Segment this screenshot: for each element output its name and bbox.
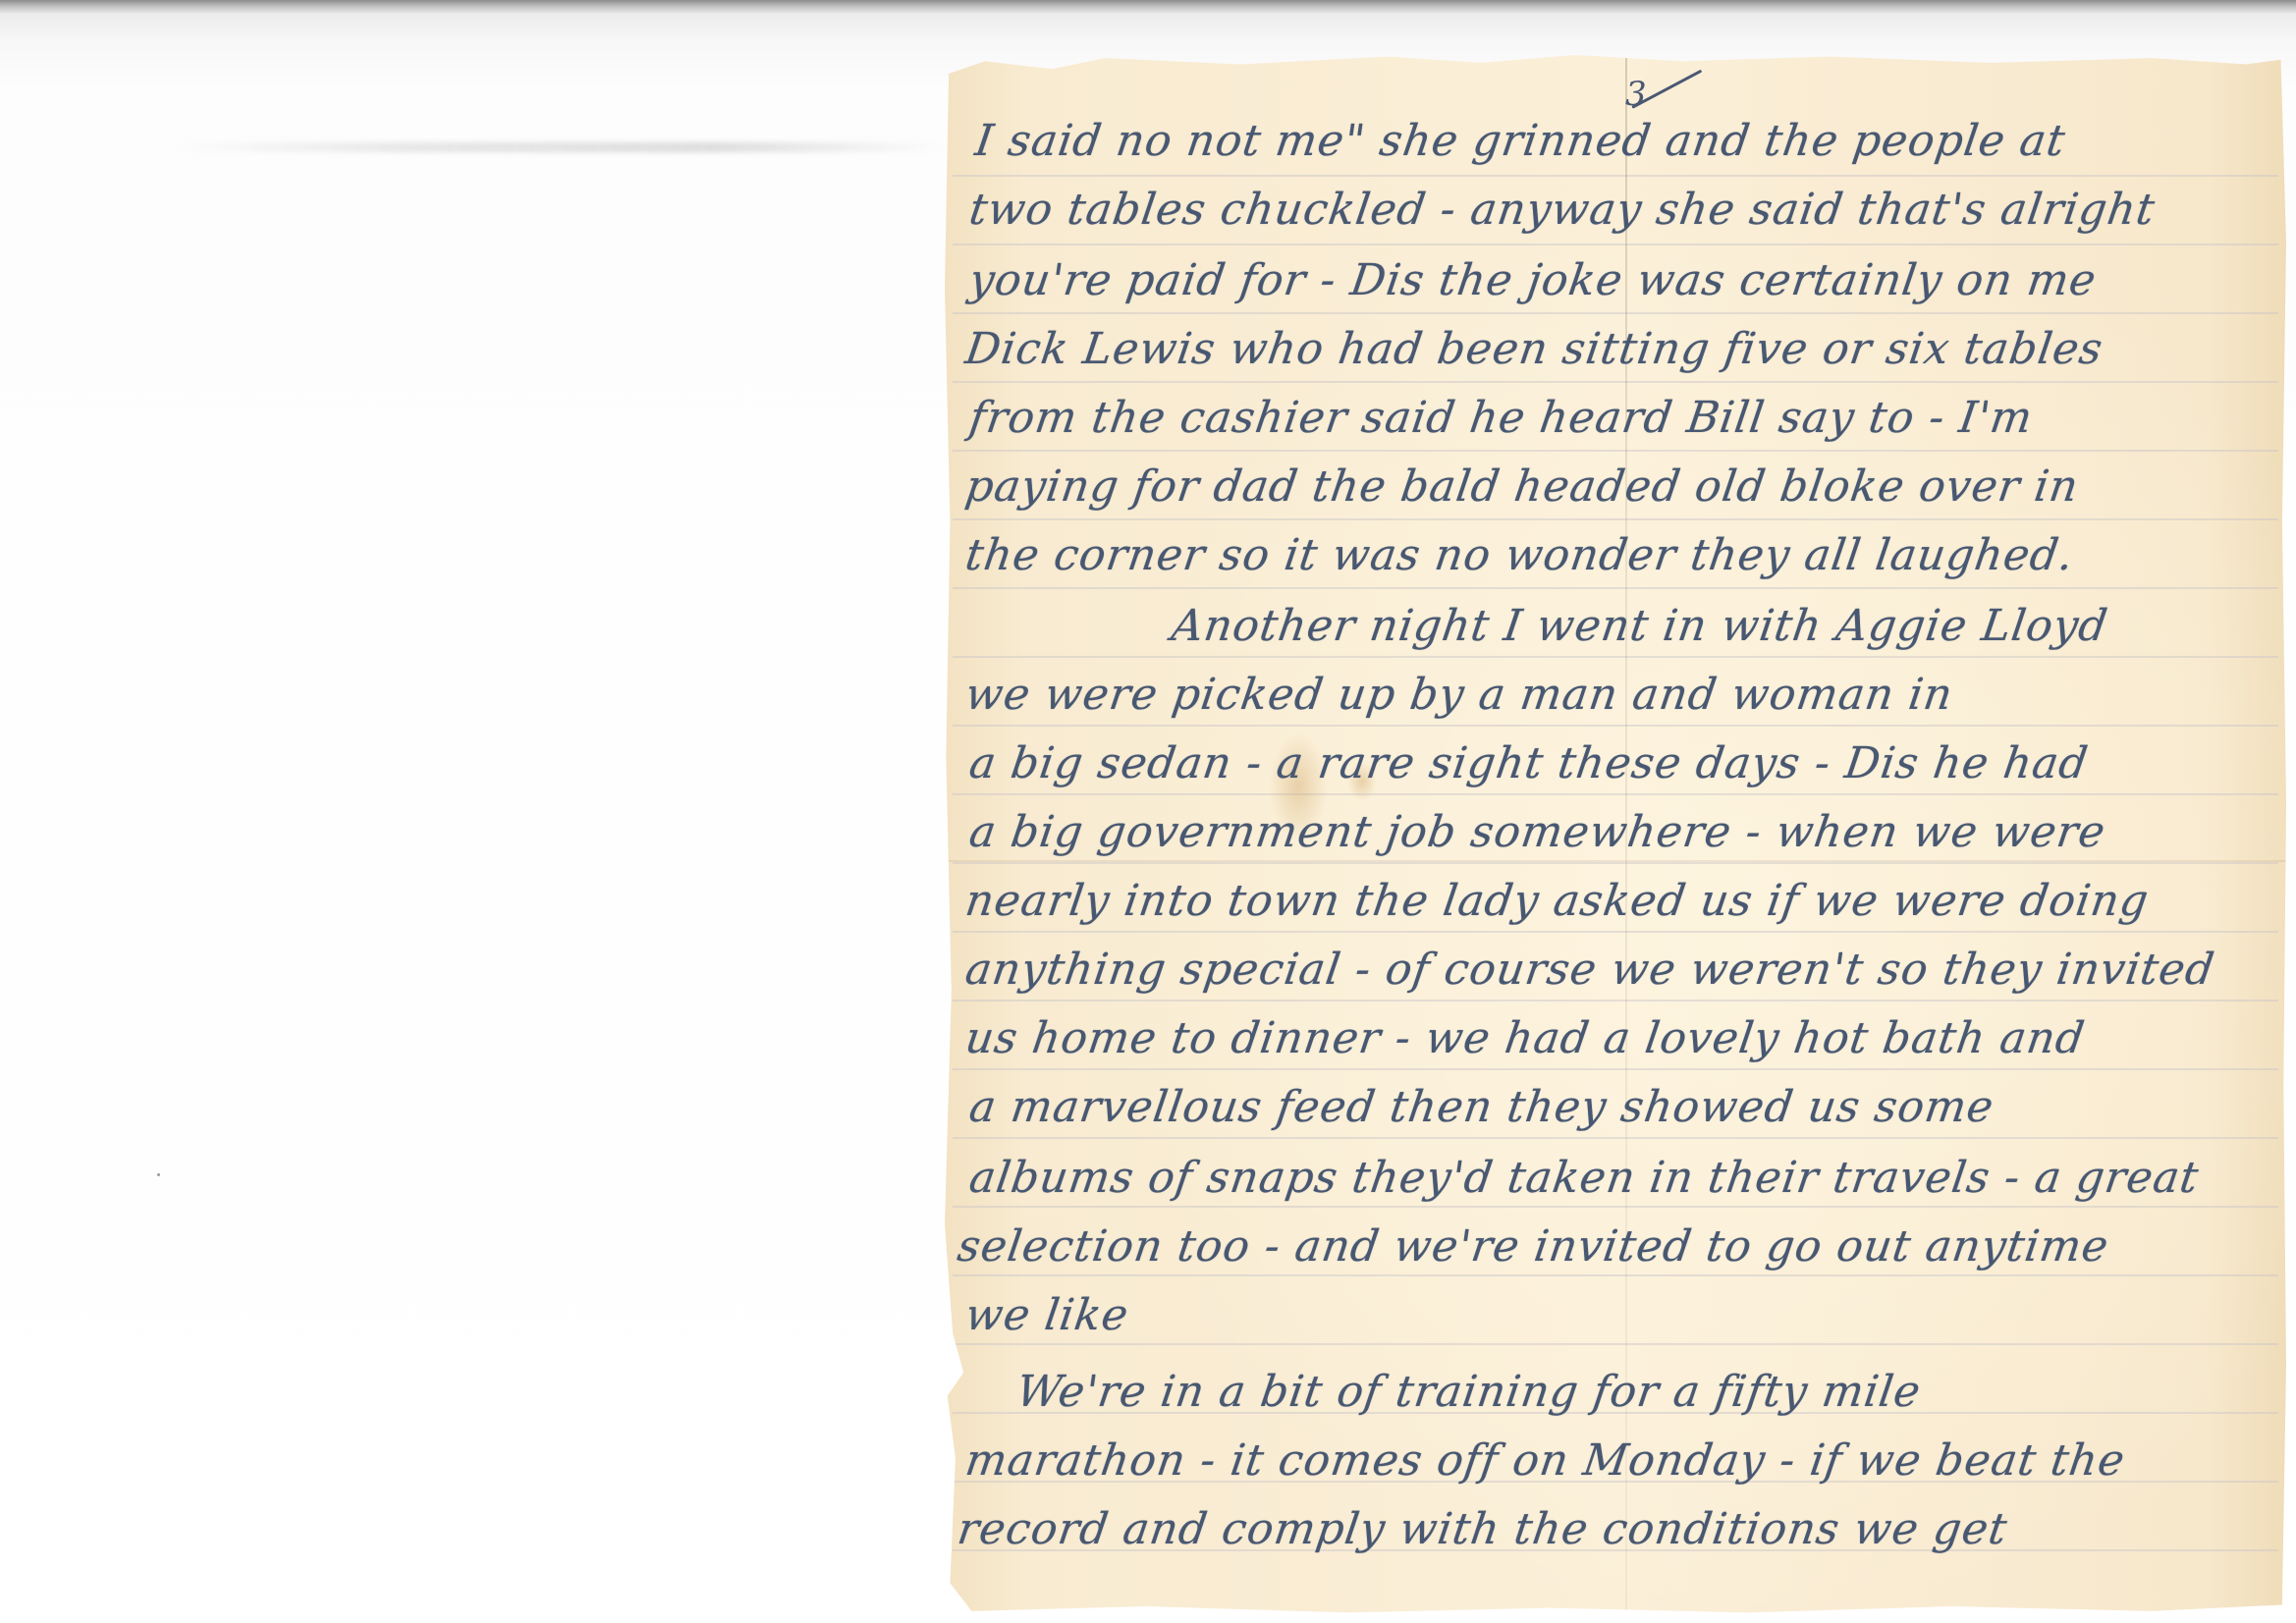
text-line-5: from the cashier said he heard Bill say … xyxy=(966,393,2036,443)
ruled-line xyxy=(953,587,2278,589)
scanner-smudge xyxy=(177,142,943,152)
text-line-3: you're paid for - Dis the joke was certa… xyxy=(966,255,2100,305)
text-line-7: the corner so it was no wonder they all … xyxy=(962,530,2077,580)
ruled-line xyxy=(953,862,2278,864)
paper-fold-horizontal xyxy=(945,860,2286,862)
ruled-line xyxy=(953,1068,2278,1070)
ruled-line xyxy=(953,725,2278,727)
text-line-12: nearly into town the lady asked us if we… xyxy=(962,876,2152,926)
text-line-17: selection too - and we're invited to go … xyxy=(955,1221,2112,1271)
scanner-dust xyxy=(157,1173,160,1176)
text-line-18: we like xyxy=(962,1290,1132,1340)
ruled-line xyxy=(953,1343,2278,1345)
text-line-11: a big government job somewhere - when we… xyxy=(966,807,2108,857)
ruled-line xyxy=(953,450,2278,452)
letter-page: 3 I said no not me" she grinned and the … xyxy=(945,55,2286,1614)
ruled-line xyxy=(953,312,2278,314)
text-line-2: two tables chuckled - anyway she said th… xyxy=(966,185,2159,235)
text-line-6: paying for dad the bald headed old bloke… xyxy=(962,461,2082,512)
ruled-line xyxy=(953,243,2278,245)
text-line-19: We're in a bit of training for a fifty m… xyxy=(1013,1367,1924,1417)
text-line-21: record and comply with the conditions we… xyxy=(955,1504,2010,1554)
text-line-16: albums of snaps they'd taken in their tr… xyxy=(966,1153,2202,1203)
text-line-9: we were picked up by a man and woman in xyxy=(962,670,1956,720)
text-line-8: Another night I went in with Aggie Lloyd xyxy=(1169,601,2111,651)
ruled-line xyxy=(953,381,2278,383)
text-line-10: a big sedan - a rare sight these days - … xyxy=(966,738,2092,788)
ruled-line xyxy=(953,1000,2278,1001)
ruled-line xyxy=(953,175,2278,177)
ruled-line xyxy=(953,518,2278,520)
ruled-line xyxy=(953,1206,2278,1208)
ruled-line xyxy=(953,1274,2278,1276)
page-number: 3 xyxy=(1625,75,1647,114)
text-line-4: Dick Lewis who had been sitting five or … xyxy=(962,324,2106,374)
text-line-14: us home to dinner - we had a lovely hot … xyxy=(962,1013,2088,1063)
text-line-13: anything special - of course we weren't … xyxy=(962,945,2217,995)
text-line-15: a marvellous feed then they showed us so… xyxy=(966,1082,1997,1132)
ruled-line xyxy=(953,793,2278,795)
text-line-20: marathon - it comes off on Monday - if w… xyxy=(962,1435,2128,1486)
ruled-line xyxy=(953,931,2278,933)
ruled-line xyxy=(953,1137,2278,1139)
text-line-1: I said no not me" she grinned and the pe… xyxy=(972,116,2069,166)
ruled-line xyxy=(953,656,2278,658)
